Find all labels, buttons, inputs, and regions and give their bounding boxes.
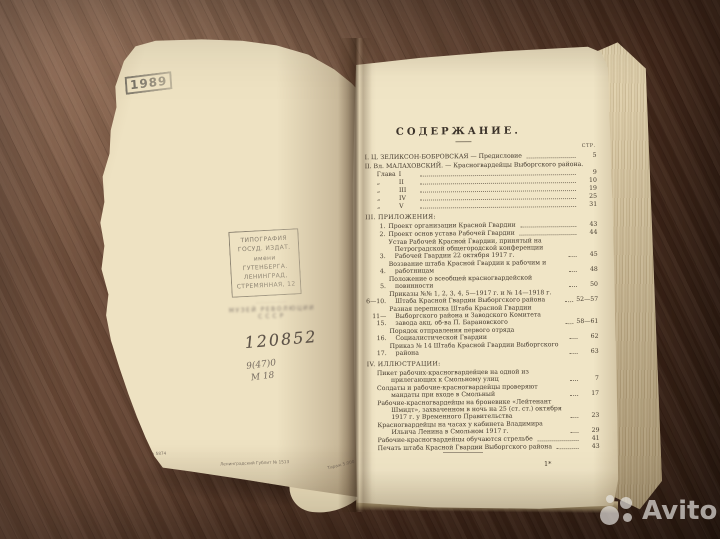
right-page: СОДЕРЖАНИЕ. СТР. I. Ц. ЗЕЛИКСОН-БОБРОВСК… bbox=[352, 44, 620, 512]
printer-stamp-line: СТРЕМЯННАЯ, 12 bbox=[234, 280, 298, 293]
imprint-gublit-number: Ленинградский Гублит № 1513 bbox=[220, 460, 289, 467]
toc-title: СОДЕРЖАНИЕ. bbox=[364, 125, 552, 139]
toc-entry: I. Ц. ЗЕЛИКСОН-БОБРОВСКАЯ — Предисловие5 bbox=[365, 152, 597, 161]
toc-entry: 5.Положение о всеобщей красногвардейской… bbox=[366, 274, 598, 290]
toc-entry: Рабочие-красногвардейцы на броневике «Ле… bbox=[367, 398, 599, 421]
toc-entry: Пикет рабочих-красногвардейцев на одной … bbox=[367, 368, 599, 384]
end-rule bbox=[443, 452, 483, 453]
avito-watermark: Avito bbox=[598, 492, 717, 530]
toc-entry: 16.Порядок отправления первого отряда Со… bbox=[366, 326, 598, 342]
toc-entry: Печать штаба Красной Гвардии Выборгского… bbox=[368, 443, 600, 452]
book-photo-scene: 1989 ТИПОГРАФИЯ ГОСУД. ИЗДАТ. имени ГУТЕ… bbox=[0, 0, 720, 539]
toc-entry: 11—15.Разная переписка Штаба Красной Гва… bbox=[366, 304, 598, 327]
year-stamp: 1989 bbox=[125, 71, 173, 95]
toc-entry: 17.Приказ № 14 Штаба Красной Гвардии Выб… bbox=[367, 341, 599, 357]
table-of-contents: СОДЕРЖАНИЕ. СТР. I. Ц. ЗЕЛИКСОН-БОБРОВСК… bbox=[364, 125, 599, 453]
toc-entry: 3.Устав Рабочей Красной Гвардии, приняты… bbox=[365, 237, 597, 260]
toc-entry: 6—10.Приказы №№ 1, 2, 3, 4, 5—1917 г. и … bbox=[366, 289, 598, 305]
page-column-header: СТР. bbox=[364, 143, 595, 152]
toc-entry: 4.Воззвание штаба Красной Гвардии к рабо… bbox=[366, 259, 598, 275]
toc-entries: I. Ц. ЗЕЛИКСОН-БОБРОВСКАЯ — Предисловие5… bbox=[365, 152, 600, 452]
signature-mark: 1* bbox=[544, 460, 551, 468]
handwritten-call-number: 9(47)0 М 18 bbox=[226, 356, 298, 388]
printer-stamp: ТИПОГРАФИЯ ГОСУД. ИЗДАТ. имени ГУТЕНБЕРГ… bbox=[228, 228, 301, 297]
imprint-print-run: Тираж 5.000 bbox=[327, 459, 355, 470]
handwritten-inventory-number: 120852 bbox=[220, 325, 341, 354]
avito-watermark-label: Avito bbox=[642, 496, 717, 526]
library-stamp: ············ МУЗЕЙ РЕВОЛЮЦИИ СССР bbox=[207, 298, 338, 323]
toc-entry: Солдаты и рабочие-красногвардейцы провер… bbox=[367, 383, 599, 399]
toc-entry: III. ПРИЛОЖЕНИЯ: bbox=[365, 212, 597, 221]
toc-entry: „V31 bbox=[365, 201, 597, 210]
toc-entry: Красногвардейцы на часах у кабинета Влад… bbox=[367, 420, 599, 436]
printer-stamp-line: имени ГУТЕНБЕРГА. bbox=[233, 252, 298, 274]
title-rule bbox=[455, 141, 471, 142]
toc-entry: IV. ИЛЛЮСТРАЦИИ: bbox=[367, 359, 599, 368]
avito-logo-icon bbox=[598, 492, 640, 530]
